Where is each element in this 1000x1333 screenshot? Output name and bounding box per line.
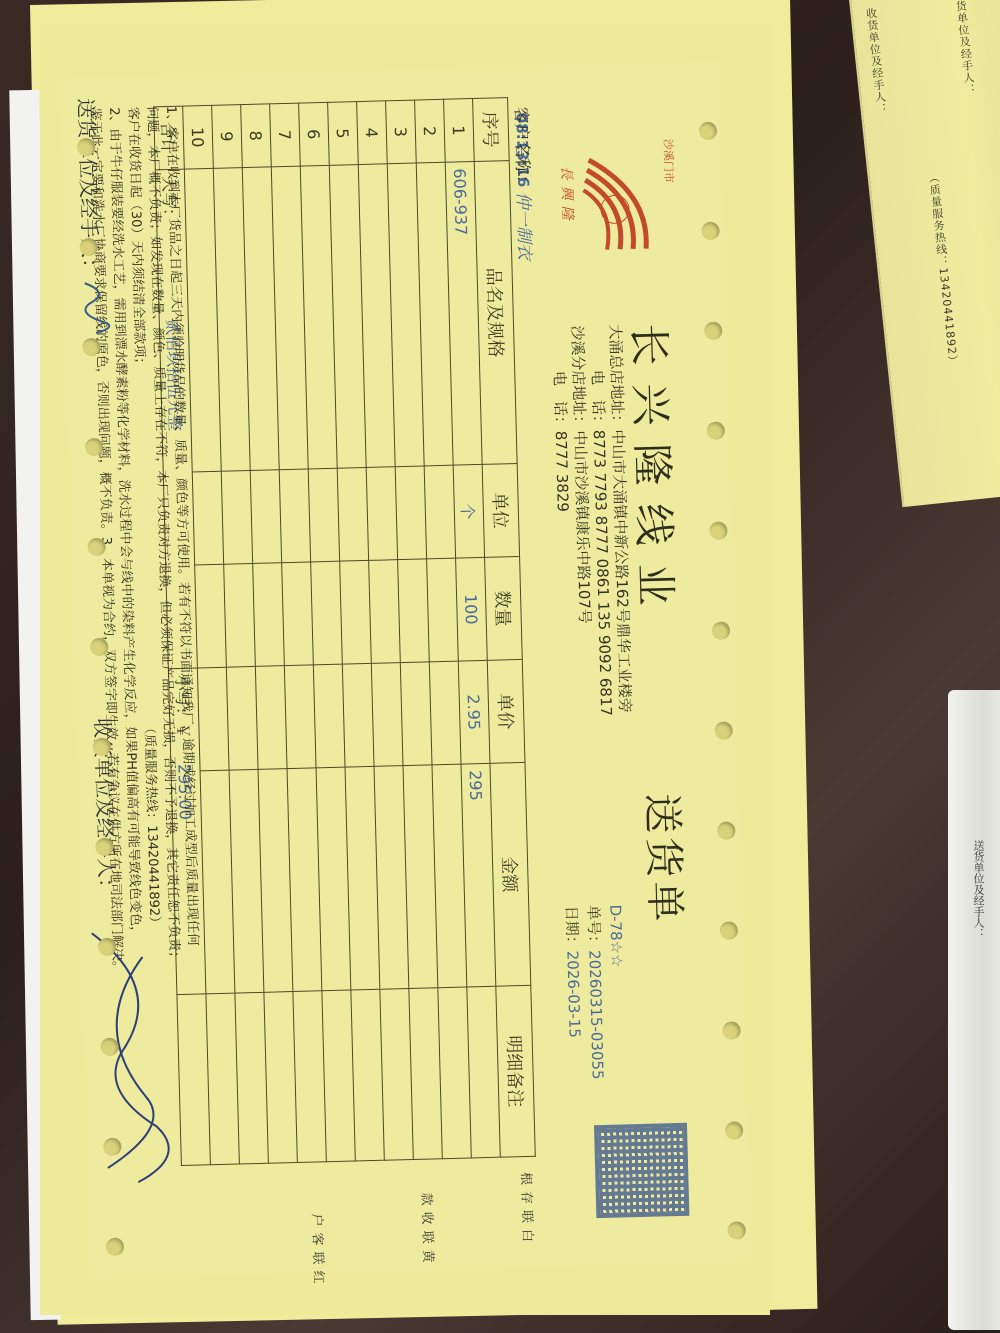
customer-field: 客户名称：仲一制衣 (510, 106, 539, 260)
cell-no: 7 (270, 103, 301, 167)
qr-code-icon (594, 1123, 689, 1218)
col-header-unit: 单位 (482, 463, 519, 557)
cell-qty: 100 (456, 557, 488, 661)
cell-no: 10 (183, 105, 214, 169)
form-code: D-78☆☆ (604, 904, 631, 1079)
copy-label-red: 红联客户 (311, 1208, 326, 1284)
logo-branch-text: 沙溪门市 (660, 139, 677, 183)
background-receipt-stack-top: 收货单位及经手人： （质量服务热线：13420441892） 收货单位及经手人： (848, 0, 1000, 507)
col-header-no: 序号 (473, 98, 510, 162)
company-logo: 沙溪门市 長興隆 (546, 133, 680, 276)
delivery-note: 沙溪门市 長興隆 08:13:16 长兴隆线业 送货单 大涌总店地址：中山市大涌… (59, 62, 750, 1279)
col-header-amount: 金额 (490, 762, 531, 986)
cell-no: 6 (299, 102, 330, 166)
receipt-paper: 沙溪门市 長興隆 08:13:16 长兴隆线业 送货单 大涌总店地址：中山市大涌… (40, 25, 770, 1315)
cell-no: 9 (212, 105, 243, 169)
col-header-note: 明细备注 (496, 985, 535, 1157)
document-title: 送货单 (636, 792, 696, 925)
col-header-price: 单价 (487, 659, 525, 763)
date-label: 日期： (562, 905, 581, 950)
branch-address-label: 沙溪分店地址： (568, 325, 589, 430)
background-receipt-stack-right: 送货单位及经手人： (948, 690, 1000, 1330)
cell-no: 1 (444, 99, 475, 163)
swoosh-logo-icon (579, 153, 662, 255)
cell-no: 3 (386, 100, 417, 164)
order-date: 2026-03-15 (563, 950, 583, 1038)
company-name: 长兴隆线业 (621, 323, 689, 624)
copy-label-white: 白联存根 (520, 1167, 535, 1243)
cell-amount: 295 (461, 763, 496, 987)
receipt-header: 沙溪门市 長興隆 08:13:16 长兴隆线业 送货单 大涌总店地址：中山市大涌… (540, 103, 709, 1226)
order-no: 20260315-03055 (585, 950, 606, 1080)
items-table: 序号 品名及规格 单位 数量 单价 金额 明细备注 1 606-937 个 10… (153, 97, 536, 1166)
cell-note (467, 986, 500, 1158)
customer-label: 客户名称： (510, 107, 532, 192)
col-header-qty: 数量 (485, 556, 523, 660)
background-receiver-label-2: 收货单位及经手人： (950, 0, 977, 97)
customer-name: 仲一制衣 (513, 191, 535, 260)
order-meta: D-78☆☆ 单号：20260315-03055 日期：2026-03-15 (560, 904, 631, 1080)
order-no-label: 单号： (584, 905, 603, 950)
background-sender-label: 送货单位及经手人： (970, 840, 986, 939)
background-receiver-label: 收货单位及经手人： (862, 7, 889, 116)
cell-no: 4 (357, 101, 388, 165)
cell-unit: 个 (453, 464, 484, 558)
cell-no: 8 (241, 104, 272, 168)
cell-no: 5 (328, 102, 359, 166)
copy-label-yellow: 黄联收款 (421, 1187, 436, 1263)
background-hotline: （质量服务热线：13420441892） (925, 171, 961, 368)
branch-phone: 8777 3829 (552, 431, 572, 513)
logo-brand-name: 長興隆 (557, 165, 579, 226)
cell-price: 2.95 (458, 660, 490, 764)
address-block: 大涌总店地址：中山市大涌镇中新公路162号鼎华工业楼旁 电 话：8773 779… (548, 324, 634, 717)
branch-phone-label: 电 话： (550, 371, 570, 431)
hq-phone-label: 电 话： (588, 370, 608, 430)
hq-address-label: 大涌总店地址： (606, 324, 627, 429)
cell-no: 2 (415, 99, 446, 163)
